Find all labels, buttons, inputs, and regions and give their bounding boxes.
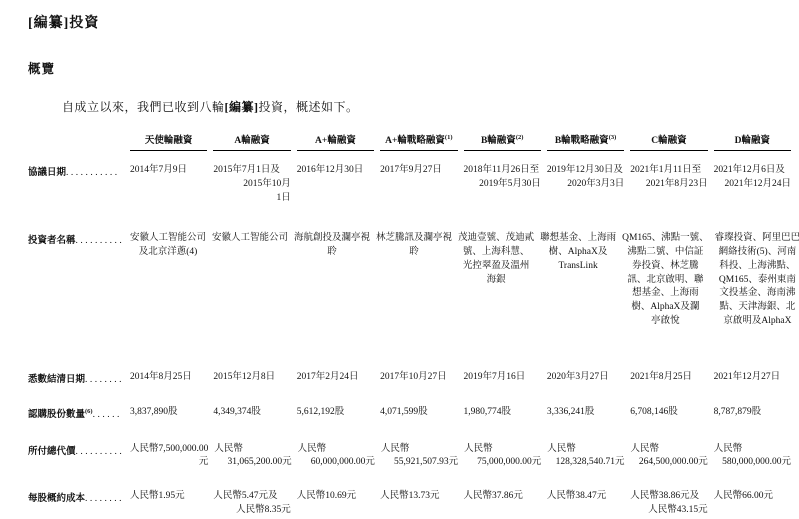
cell-shares-b: 1,980,774股: [464, 406, 541, 420]
section-heading: 概覽: [28, 59, 791, 77]
cell-agreement-date-angel: 2014年7月9日: [130, 164, 207, 178]
col-header-series-c: C輪融資: [630, 132, 707, 151]
cell-consideration-d: 人民幣580,000,000.00元: [714, 443, 791, 471]
col-header-series-a: A輪融資: [213, 132, 290, 151]
cell-agreement-date-c: 2021年1月11日至2021年8月23日: [630, 164, 707, 192]
row-label: 悉數結清日期........: [28, 371, 124, 385]
cell-settlement-d: 2021年12月27日: [714, 371, 791, 385]
cell-agreement-date-b-strategic: 2019年12月30日及2020年3月3日: [547, 164, 624, 192]
cell-consideration-b: 人民幣75,000,000.00元: [464, 443, 541, 471]
cell-cost-b: 人民幣37.86元: [464, 490, 541, 504]
cell-shares-a-plus-strategic: 4,071,599股: [380, 406, 457, 420]
table-row-agreement-date: 協議日期........... 2014年7月9日 2015年7月1日及2015…: [28, 164, 791, 205]
cell-investors-a-plus-strategic: 林芝騰訊及瀾亭視聆: [376, 232, 452, 260]
col-header-series-d: D輪融資: [714, 132, 791, 151]
cell-agreement-date-a-plus-strategic: 2017年9月27日: [380, 164, 457, 178]
cell-agreement-date-b: 2018年11月26日至2019年5月30日: [464, 164, 541, 192]
cell-shares-a-plus: 5,612,192股: [297, 406, 374, 420]
col-header-series-b: B輪融資(2): [464, 132, 541, 151]
col-header-angel-round: 天使輪融資: [130, 132, 207, 151]
table-row-cost-per-share: 每股概約成本........ 人民幣1.95元 人民幣5.47元及人民幣8.35…: [28, 490, 791, 518]
prospectus-page: [編纂]投資 概覽 自成立以來，我們已收到八輪[編纂]投資，概述如下。 天使輪融…: [0, 0, 799, 519]
page-title: [編纂]投資: [28, 12, 791, 32]
cell-cost-c: 人民幣38.86元及人民幣43.15元: [630, 490, 707, 518]
cell-cost-angel: 人民幣1.95元: [130, 490, 207, 504]
cell-consideration-a-plus: 人民幣60,000,000.00元: [298, 443, 375, 471]
dot-leader: ..........: [76, 447, 124, 457]
cell-consideration-a: 人民幣31,065,200.00元: [214, 443, 291, 471]
cell-investors-d: 睿璨投資、阿里巴巴網絡技術(5)、河南科投、上海沸點、QM165、泰州東南文投基…: [715, 232, 799, 328]
cell-consideration-angel: 人民幣7,500,000.00元: [130, 443, 208, 471]
cell-settlement-a-plus-strategic: 2017年10月27日: [380, 371, 457, 385]
intro-text-post: 投資，概述如下。: [259, 100, 359, 114]
cell-settlement-b-strategic: 2020年3月27日: [547, 371, 624, 385]
col-header-series-a-plus-strategic: A+輪戰略融資(1): [380, 132, 457, 151]
cell-investors-c: QM165、沸點一號、沸點二號、中信証券投資、林芝騰訊、北京啟明、聯想基金、上海…: [622, 232, 709, 328]
cell-agreement-date-a: 2015年7月1日及2015年10月1日: [213, 164, 290, 205]
cell-settlement-c: 2021年8月25日: [630, 371, 707, 385]
cell-consideration-b-strategic: 人民幣128,328,540.71元: [547, 443, 624, 471]
cell-cost-a-plus-strategic: 人民幣13.73元: [380, 490, 457, 504]
dot-leader: ........: [85, 375, 124, 385]
dot-leader: ........: [85, 494, 124, 504]
table-row-total-consideration: 所付總代價.......... 人民幣7,500,000.00元 人民幣31,0…: [28, 443, 791, 471]
cell-investors-b-strategic: 聯想基金、上海雨樹、AlphaX及TransLink: [540, 232, 616, 273]
cell-cost-a: 人民幣5.47元及人民幣8.35元: [213, 490, 290, 518]
cell-cost-a-plus: 人民幣10.69元: [297, 490, 374, 504]
cell-agreement-date-a-plus: 2016年12月30日: [297, 164, 374, 178]
table-row-settlement-date: 悉數結清日期........ 2014年8月25日 2015年12月8日 201…: [28, 371, 791, 385]
cell-agreement-date-d: 2021年12月6日及2021年12月24日: [714, 164, 791, 192]
cell-settlement-a-plus: 2017年2月24日: [297, 371, 374, 385]
cell-investors-b: 茂迪壹號、茂迪貳號、上海科慧、光控翠盈及溫州海銀: [458, 232, 534, 287]
table-header-row: 天使輪融資 A輪融資 A+輪融資 A+輪戰略融資(1) B輪融資(2) B輪戰略…: [28, 132, 791, 151]
row-label: 每股概約成本........: [28, 490, 124, 504]
row-label: 投資者名稱..........: [28, 232, 124, 246]
cell-cost-b-strategic: 人民幣38.47元: [547, 490, 624, 504]
col-header-series-b-strategic: B輪戰略融資(3): [547, 132, 624, 151]
cell-shares-c: 6,708,146股: [630, 406, 707, 420]
cell-investors-a-plus: 海航創投及瀾亭視聆: [294, 232, 370, 260]
intro-text-pre: 自成立以來，我們已收到八輪: [62, 100, 225, 114]
cell-consideration-a-plus-strategic: 人民幣55,921,507.93元: [381, 443, 458, 471]
row-label: 協議日期...........: [28, 164, 124, 178]
cell-investors-a: 安徽人工智能公司: [212, 232, 288, 246]
cell-settlement-b: 2019年7月16日: [464, 371, 541, 385]
cell-shares-d: 8,787,879股: [714, 406, 791, 420]
cell-cost-d: 人民幣66.00元: [714, 490, 791, 504]
row-label: 所付總代價..........: [28, 443, 124, 457]
dot-leader: ..........: [76, 236, 124, 246]
dot-leader: ...........: [66, 168, 120, 178]
cell-shares-a: 4,349,374股: [213, 406, 290, 420]
table-row-investor-names: 投資者名稱.......... 安徽人工智能公司及北京洋蔥(4) 安徽人工智能公…: [28, 232, 791, 328]
cell-settlement-angel: 2014年8月25日: [130, 371, 207, 385]
financing-rounds-table: 天使輪融資 A輪融資 A+輪融資 A+輪戰略融資(1) B輪融資(2) B輪戰略…: [28, 132, 791, 518]
row-label: 認購股份數量(6)......: [28, 406, 124, 420]
cell-settlement-a: 2015年12月8日: [213, 371, 290, 385]
cell-investors-angel: 安徽人工智能公司及北京洋蔥(4): [130, 232, 206, 260]
cell-consideration-c: 人民幣264,500,000.00元: [631, 443, 708, 471]
cell-shares-angel: 3,837,890股: [130, 406, 207, 420]
intro-paragraph: 自成立以來，我們已收到八輪[編纂]投資，概述如下。: [28, 98, 791, 115]
cell-shares-b-strategic: 3,336,241股: [547, 406, 624, 420]
dot-leader: ......: [93, 410, 122, 420]
col-header-series-a-plus: A+輪融資: [297, 132, 374, 151]
redact-marker: [編纂]: [225, 100, 259, 114]
table-row-shares-subscribed: 認購股份數量(6)...... 3,837,890股 4,349,374股 5,…: [28, 406, 791, 420]
